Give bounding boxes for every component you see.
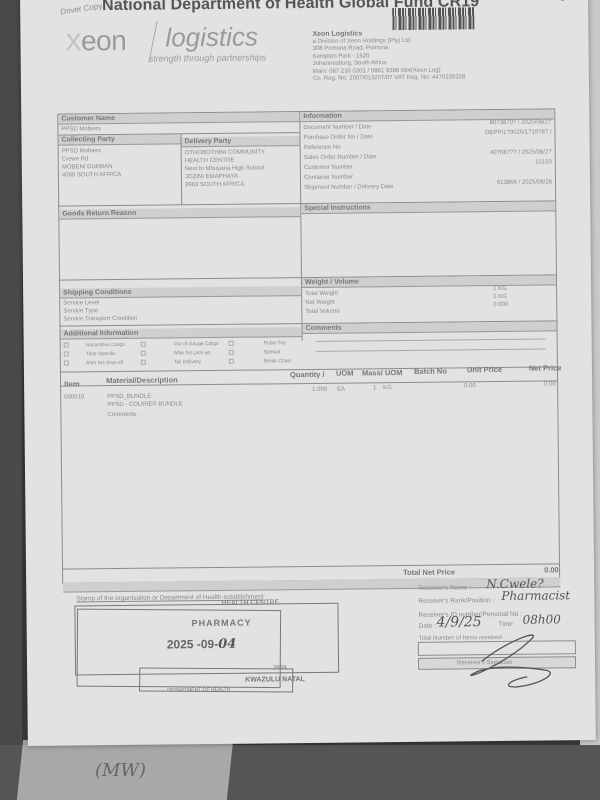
weight-label: Total Volume <box>305 308 339 316</box>
checkbox[interactable] <box>229 359 234 364</box>
checkbox-label: Pulse Trip <box>264 339 286 347</box>
checkbox-label: Time Specific <box>86 350 116 358</box>
info-label: Shipment Number / Delivery Date <box>304 183 393 192</box>
info-label: Container Number <box>304 174 353 183</box>
shipping-row: Service Transport Condition <box>63 315 137 324</box>
info-value: 15150 <box>535 158 552 166</box>
item-unit-price: 0.00 <box>464 382 476 390</box>
info-label: Purchase Order No / Date <box>303 133 372 142</box>
checkbox[interactable] <box>141 351 146 356</box>
total-net-price-value: 0.00 <box>544 565 559 574</box>
weight-value: 0.000 <box>493 301 508 309</box>
info-value: 40?08??? / 2025/08/2? <box>490 148 552 157</box>
delivery-party-header: Delivery Party <box>182 136 300 147</box>
col-mass-uom: Mass/ UOM <box>362 368 403 377</box>
collecting-party-address: PPSD Mobiers Crewe Rd MOBENI DURBAN 4060… <box>62 147 122 180</box>
checkbox-label: Tail Delivery <box>174 358 201 366</box>
background-left <box>0 0 22 800</box>
stamp-header: HEALTH CENTRE <box>221 599 279 607</box>
info-label: Customer Number <box>304 164 353 173</box>
shipping-rows: Service Level Service Type Service Trans… <box>63 299 137 324</box>
address-line: 3963 SOUTH AFRICA <box>185 180 265 189</box>
checkbox[interactable] <box>229 341 234 346</box>
logo-tagline: strength through partnerships <box>149 52 267 63</box>
company-line: Co. Reg. No: 2007/013207/07 VAT Reg. No:… <box>313 74 466 83</box>
weight-value: 1 KG <box>493 285 507 293</box>
checkbox-label: Hazardous Cargo <box>86 341 125 349</box>
col-unit-price: Unit Price <box>467 365 502 374</box>
customer-name-value: PPSD Mobiers <box>61 125 100 133</box>
checkbox-label: Out of Gauge Cargo <box>174 340 219 348</box>
col-item: Item <box>64 379 80 388</box>
checkbox[interactable] <box>141 342 146 347</box>
company-logo: xxeoneon <box>65 21 126 59</box>
col-uom: UOM <box>336 369 354 378</box>
checkbox[interactable] <box>64 352 69 357</box>
checkbox[interactable] <box>229 350 234 355</box>
stamp-date-handwritten: 04 <box>218 637 236 652</box>
weight-value: 1 KG <box>493 293 507 301</box>
stamp-department: PHARMACY <box>192 618 252 629</box>
stamp-date: 2025 -09-04 <box>167 637 237 653</box>
checkbox[interactable] <box>64 343 69 348</box>
delivery-note-paper: Driver Copy National Department of Healt… <box>20 0 596 746</box>
receiver-name-label: Receiver's Name : <box>418 584 471 593</box>
info-label: Reference No <box>304 144 341 152</box>
underlying-signature: (MW) <box>95 760 146 781</box>
stamp-province: KWAZULU NATAL <box>245 676 305 684</box>
info-value: 613866 / 2025/08/28 <box>497 178 552 187</box>
col-net-price: Net Price <box>529 363 562 372</box>
item-comments: Comments : <box>107 411 139 419</box>
goods-return-area <box>62 219 298 276</box>
col-quantity: Quantity / <box>290 370 325 379</box>
info-label: Sales Order Number / Date <box>304 153 377 162</box>
collecting-party-header: Collecting Party <box>58 134 180 145</box>
col-material: Material/Description <box>106 375 178 385</box>
col-batch: Batch No <box>414 367 447 376</box>
weight-label: Total Weight <box>305 290 338 298</box>
company-address: Xeon Logistics a Division of Xeon Holdin… <box>312 29 465 83</box>
item-mass-uom: KG <box>383 384 392 392</box>
checkbox-label: Special <box>264 348 280 356</box>
checkbox-label: After hrs drop-off <box>86 359 124 367</box>
stamp-date-printed: 2025 -09- <box>167 637 219 652</box>
info-label: Document Number / Date <box>303 123 371 132</box>
receiver-signature <box>447 618 568 689</box>
info-value: DEPP/1?0025/1?19?8? / <box>485 128 551 137</box>
checkbox[interactable] <box>141 360 146 365</box>
item-uom: EA <box>337 386 345 394</box>
barcode <box>392 7 474 30</box>
item-description: PPSD - COURIER BUNDLE <box>107 400 182 409</box>
receiver-rank-label: Receiver's Rank/Position : <box>418 597 494 606</box>
address-line: 4060 SOUTH AFRICA <box>62 171 121 180</box>
checkbox-label: After hrs pick-up <box>174 349 210 357</box>
total-net-price-label: Total Net Price <box>403 567 455 577</box>
stamp-footer: DEPARTMENT OF HEALTH <box>167 687 230 694</box>
info-value: 8073870? / 2025/08/2? <box>490 118 552 127</box>
item-mass: 1 <box>373 384 376 392</box>
date-label: Date : <box>419 623 436 631</box>
item-net-price: 0.00 <box>544 380 556 388</box>
logo-word: logistics <box>165 22 258 54</box>
receiver-rank-value: Pharmacist <box>501 588 570 603</box>
delivery-party-address: OTHOBOTHINI COMMUNITY HEALTH CENTRE Next… <box>185 148 266 189</box>
checkbox[interactable] <box>64 361 69 366</box>
checkbox-label: Break Chain <box>264 357 292 365</box>
item-number: 000010 <box>64 393 84 401</box>
item-quantity: 1.000 <box>312 386 327 394</box>
copy-label: Driver Copy <box>60 1 103 16</box>
weight-label: Net Weight <box>305 299 335 307</box>
page-tag: Pg <box>555 0 565 1</box>
stamp-code: 3969 <box>273 665 286 671</box>
